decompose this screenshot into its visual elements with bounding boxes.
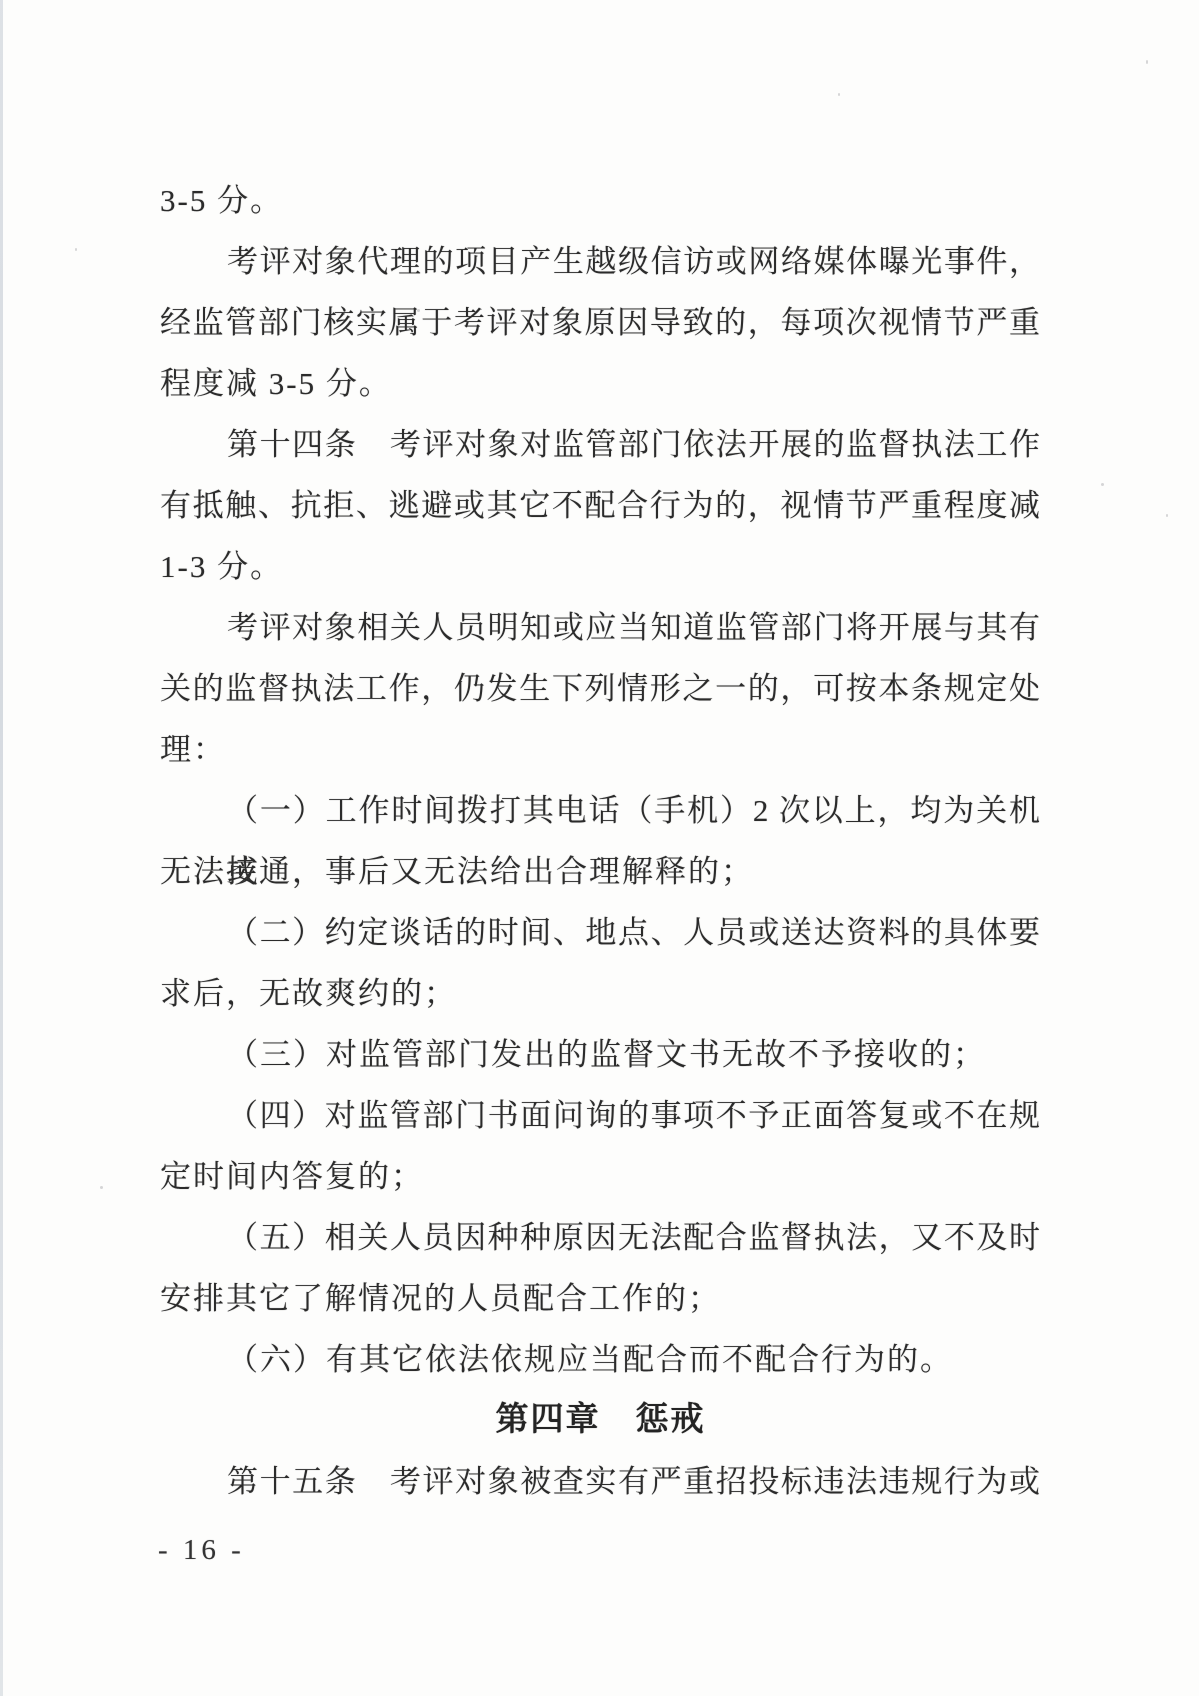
- noise-speck: [1146, 60, 1148, 64]
- document-line: 求后，无故爽约的；: [160, 963, 1041, 1024]
- noise-speck: [1166, 514, 1168, 517]
- noise-speck: [100, 1186, 103, 1189]
- document-line: 定时间内答复的；: [160, 1146, 1041, 1207]
- noise-speck: [75, 248, 77, 251]
- noise-speck: [1101, 483, 1104, 486]
- document-line: （四）对监管部门书面问询的事项不予正面答复或不在规: [160, 1085, 1041, 1146]
- document-line: 考评对象相关人员明知或应当知道监管部门将开展与其有: [160, 597, 1041, 658]
- document-line: （一）工作时间拨打其电话（手机）2 次以上，均为关机或: [160, 780, 1041, 841]
- scan-edge-line: [0, 0, 3, 1696]
- noise-speck: [838, 93, 840, 96]
- document-line: （六）有其它依法依规应当配合而不配合行为的。: [160, 1329, 1041, 1390]
- chapter-heading: 第四章 惩戒: [160, 1390, 1041, 1451]
- document-line: 安排其它了解情况的人员配合工作的；: [160, 1268, 1041, 1329]
- document-line: 第十四条 考评对象对监管部门依法开展的监督执法工作: [160, 414, 1041, 475]
- document-line: 3-5 分。: [160, 170, 1041, 231]
- document-line: 考评对象代理的项目产生越级信访或网络媒体曝光事件，: [160, 231, 1041, 292]
- document-line: （二）约定谈话的时间、地点、人员或送达资料的具体要: [160, 902, 1041, 963]
- document-text-flow: 3-5 分。考评对象代理的项目产生越级信访或网络媒体曝光事件，经监管部门核实属于…: [160, 170, 1041, 1512]
- document-line: 有抵触、抗拒、逃避或其它不配合行为的，视情节严重程度减: [160, 475, 1041, 536]
- document-page: 3-5 分。考评对象代理的项目产生越级信访或网络媒体曝光事件，经监管部门核实属于…: [0, 0, 1199, 1696]
- document-line: 程度减 3-5 分。: [160, 353, 1041, 414]
- document-line: 1-3 分。: [160, 536, 1041, 597]
- document-line: 经监管部门核实属于考评对象原因导致的，每项次视情节严重: [160, 292, 1041, 353]
- document-line: （三）对监管部门发出的监督文书无故不予接收的；: [160, 1024, 1041, 1085]
- document-line: （五）相关人员因种种原因无法配合监督执法，又不及时: [160, 1207, 1041, 1268]
- document-line: 无法接通，事后又无法给出合理解释的；: [160, 841, 1041, 902]
- document-line: 关的监督执法工作，仍发生下列情形之一的，可按本条规定处: [160, 658, 1041, 719]
- document-line: 第十五条 考评对象被查实有严重招投标违法违规行为或: [160, 1451, 1041, 1512]
- page-number-label: - 16 -: [158, 1534, 245, 1567]
- document-line: 理：: [160, 719, 1041, 780]
